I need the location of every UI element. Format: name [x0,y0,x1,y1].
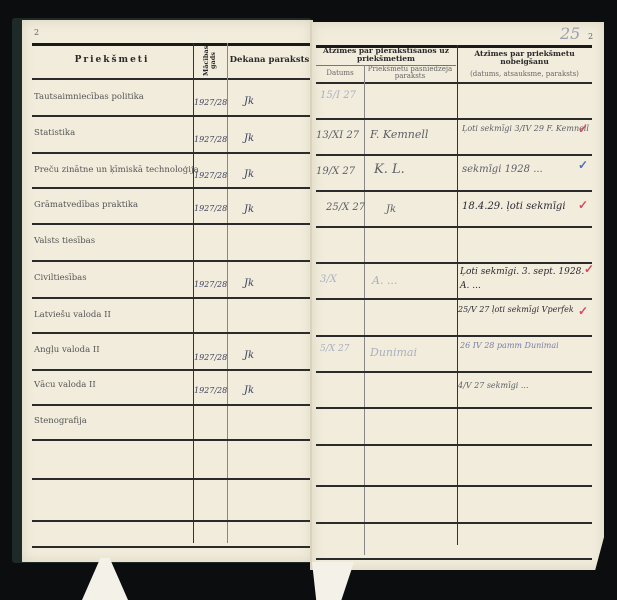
enrollment-date: 3/X [320,274,337,285]
enrollment-date: 13/XI 27 [316,130,359,141]
handwritten-year: 1927/28 [194,280,227,289]
lecturer-signature: K. L. [374,162,405,177]
handwritten-year: 1927/28 [194,135,227,144]
row-rule [316,522,592,524]
row-rule [316,298,592,300]
row-rule [316,558,592,560]
dean-signature: Jk [244,385,254,396]
row-rule [32,297,312,299]
header-bottom-rule [316,82,592,84]
lecturer-signature: Jk [386,204,396,215]
subject-label: Angļu valoda II [34,345,100,355]
row-rule [32,546,312,548]
row-rule [32,404,312,406]
completion-note: 26 IV 28 pamm Dunimai [460,340,590,352]
blue-check-mark: ✓ [578,158,588,172]
left-page: 2 Priekšmeti Mācības gads Dekana parakst… [22,20,312,562]
row-rule [316,485,592,487]
row-rule [316,190,592,192]
row-rule [32,332,312,334]
red-check-mark: ✓ [578,304,588,318]
row-rule [32,223,312,225]
completion-note: 4/V 27 sekmīgi ... [458,380,588,393]
dean-signature: Jk [244,169,254,180]
completion-note: 25/V 27 ļoti sekmīgi Vperfek [458,304,588,316]
row-rule [32,369,312,371]
row-rule [316,118,592,120]
column-divider-completion [457,45,458,545]
dean-signature: Jk [244,204,254,215]
lecturer-signature: F. Kemnell [370,128,428,141]
row-rule [32,187,312,189]
header-top-rule [32,43,312,46]
subject-label: Vācu valoda II [34,380,96,390]
completion-note: Ļoti sekmīgi 3/IV 29 F. Kemnell [462,124,590,133]
header-completion-group: Atzīmes par priekšmetu nobeigšanu [457,50,592,66]
folio-mark: 25 [560,24,580,43]
row-rule [32,439,312,441]
red-check-mark: ✓ [578,198,588,212]
header-dean-signature: Dekana paraksts [227,56,312,65]
header-lecturer-signature: Priekšmetu pasniedzēja paraksts [364,66,456,81]
row-rule [32,260,312,262]
dean-signature: Jk [244,96,254,107]
handwritten-year: 1927/28 [194,386,227,395]
header-date: Datums [316,70,364,77]
subject-label: Preču zinātne un ķīmiskā technoloģija [34,165,199,175]
red-check-mark: ✓ [584,262,594,276]
lecturer-signature: Dunimai [370,346,417,359]
header-completion-sub: (datums, atsauksme, paraksts) [457,71,592,78]
subject-label: Statistika [34,128,75,138]
row-rule [316,154,592,156]
subject-label: Stenografija [34,416,87,426]
row-rule [32,520,312,522]
lecturer-signature: A. ... [372,274,397,287]
handwritten-year: 1927/28 [194,98,227,107]
subject-label: Tautsaimniecības politika [34,92,144,102]
bookmark-tab-left [82,558,128,600]
page-number-right: 2 [588,32,593,41]
red-check-mark: ✓ [578,122,588,136]
header-subjects: Priekšmeti [32,56,192,65]
subject-label: Civiltiesības [34,273,87,283]
enrollment-date: 5/X 27 [320,344,349,354]
column-divider-year [193,43,194,543]
column-divider-lecturer [364,65,365,555]
dean-signature: Jk [244,350,254,361]
enrollment-date: 15/I 27 [320,90,356,101]
completion-note: sekmīgi 1928 ... [462,164,543,175]
dean-signature: Jk [244,133,254,144]
handwritten-year: 1927/28 [194,353,227,362]
row-rule [32,152,312,154]
handwritten-year: 1927/28 [194,171,227,180]
completion-note: Ļoti sekmīgi. 3. sept. 1928. A. ... [460,266,590,293]
column-divider-dean [227,43,228,543]
row-rule [316,371,592,373]
right-page: 25 2 Atzīmes par pierakstīšanos uz priek… [312,22,604,570]
page-number-left: 2 [34,28,39,37]
row-rule [316,262,592,264]
dean-signature: Jk [244,278,254,289]
subject-label: Grāmatvedības praktika [34,200,138,210]
handwritten-year: 1927/28 [194,204,227,213]
subject-label: Latviešu valoda II [34,310,111,320]
header-bottom-rule [32,78,312,80]
header-academic-year: Mācības gads [193,44,227,78]
header-enrollment-group: Atzīmes par pierakstīšanos uz priekšmeti… [316,47,456,63]
enrollment-date: 25/X 27 [326,202,365,213]
row-rule [32,478,312,480]
row-rule [316,335,592,337]
bookmark-tab-center [312,562,354,600]
enrollment-date: 19/X 27 [316,166,355,177]
row-rule [316,226,592,228]
row-rule [32,115,312,117]
row-rule [316,407,592,409]
subject-label: Valsts tiesības [34,236,95,246]
row-rule [316,444,592,446]
completion-note: 18.4.29. ļoti sekmīgi [462,201,566,212]
